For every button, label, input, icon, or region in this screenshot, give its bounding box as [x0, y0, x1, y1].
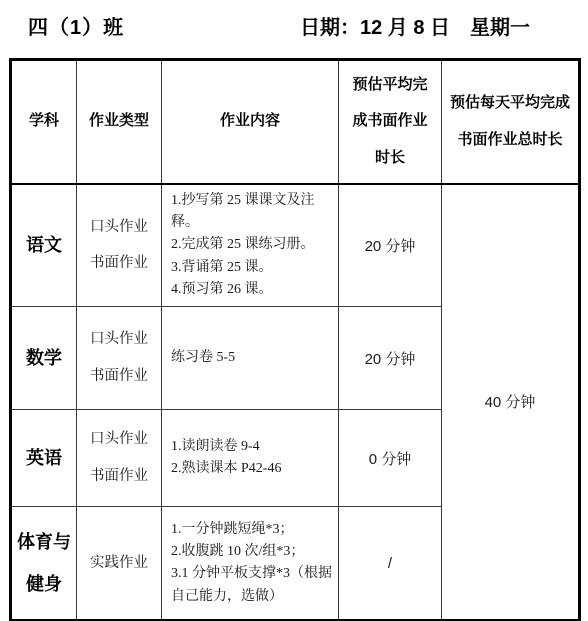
- header-homework-type: 作业类型: [77, 60, 162, 184]
- date-label: 日期：12 月 8 日 星期一: [300, 11, 530, 40]
- homework-table: 学科 作业类型 作业内容 预估平均完 成书面作业 时长 预估每天平均完成 书面作…: [9, 58, 581, 621]
- content-chinese: 1.抄写第 25 课课文及注释。 2.完成第 25 课练习册。 3.背诵第 25…: [162, 184, 339, 307]
- type-chinese: 口头作业 书面作业: [77, 184, 162, 307]
- duration-chinese: 20 分钟: [339, 184, 442, 307]
- content-english: 1.读朗读卷 9-4 2.熟读课本 P42-46: [162, 410, 339, 507]
- header-subject: 学科: [11, 60, 77, 184]
- header-avg-written-time: 预估平均完 成书面作业 时长: [339, 60, 442, 184]
- content-math: 练习卷 5-5: [162, 307, 339, 410]
- subject-chinese: 语文: [11, 184, 77, 307]
- type-pe: 实践作业: [77, 507, 162, 621]
- type-english: 口头作业 书面作业: [77, 410, 162, 507]
- header-homework-content: 作业内容: [162, 60, 339, 184]
- header-daily-total-written-time: 预估每天平均完成 书面作业总时长: [442, 60, 580, 184]
- table-header-row: 学科 作业类型 作业内容 预估平均完 成书面作业 时长 预估每天平均完成 书面作…: [11, 60, 580, 184]
- subject-pe: 体育与 健身: [11, 507, 77, 621]
- type-math: 口头作业 书面作业: [77, 307, 162, 410]
- total-duration-cell: 40 分钟: [442, 184, 580, 621]
- content-pe: 1.一分钟跳短绳*3； 2.收腹跳 10 次/组*3； 3.1 分钟平板支撑*3…: [162, 507, 339, 621]
- duration-english: 0 分钟: [339, 410, 442, 507]
- duration-math: 20 分钟: [339, 307, 442, 410]
- class-name: 四（1）班: [28, 11, 124, 40]
- table-row-chinese: 语文 口头作业 书面作业 1.抄写第 25 课课文及注释。 2.完成第 25 课…: [11, 184, 580, 307]
- homework-notice-page: 四（1）班 日期：12 月 8 日 星期一 学科 作业类型 作业内容 预估平均完…: [0, 0, 588, 621]
- subject-math: 数学: [11, 307, 77, 410]
- subject-english: 英语: [11, 410, 77, 507]
- duration-pe: /: [339, 507, 442, 621]
